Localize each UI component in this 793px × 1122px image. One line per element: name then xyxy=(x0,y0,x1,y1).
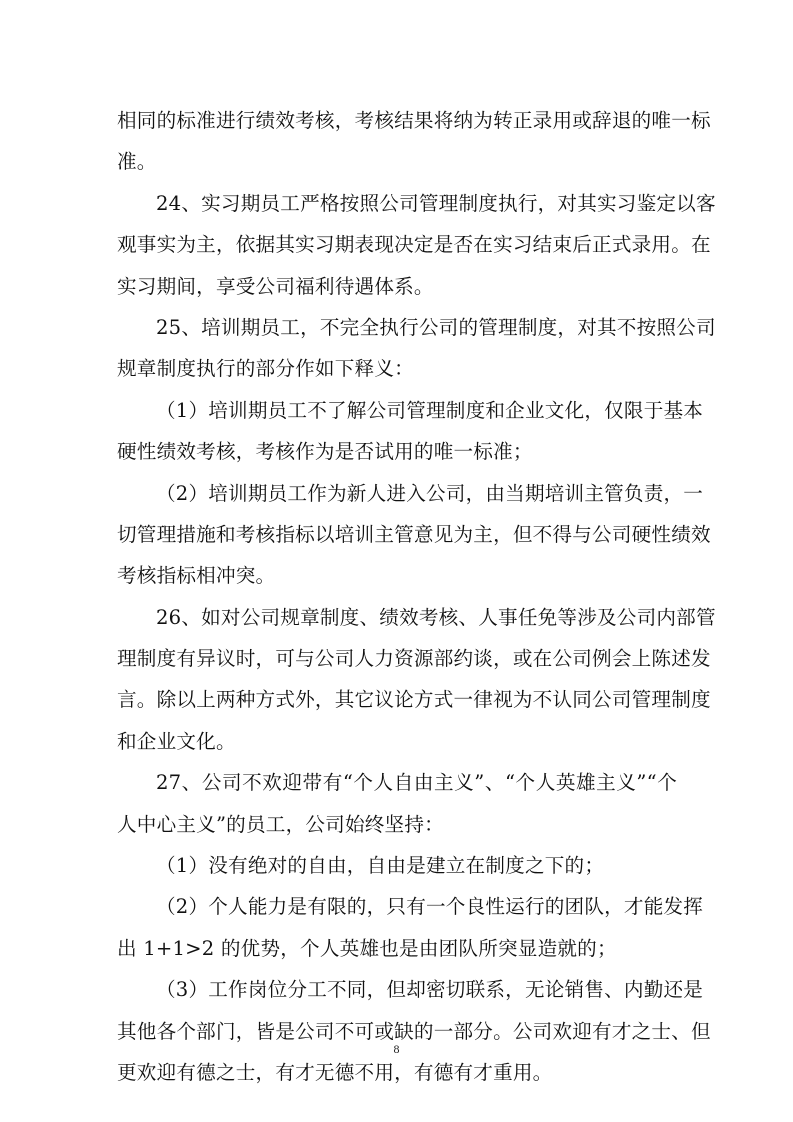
text-line: 切管理措施和考核指标以培训主管意见为主，但不得与公司硬性绩效 xyxy=(117,514,677,555)
text-line: （3）工作岗位分工不同，但却密切联系，无论销售、内勤还是 xyxy=(117,969,677,1010)
text-line: 观事实为主，依据其实习期表现决定是否在实习结束后正式录用。在 xyxy=(117,224,677,265)
text-line: 考核指标相冲突。 xyxy=(117,555,677,596)
text-line: 26、如对公司规章制度、绩效考核、人事任免等涉及公司内部管 xyxy=(117,597,677,638)
text-line: 准。 xyxy=(117,141,677,182)
text-line: （1）培训期员工不了解公司管理制度和企业文化，仅限于基本 xyxy=(117,390,677,431)
document-body: 相同的标准进行绩效考核，考核结果将纳为转正录用或辞退的唯一标准。24、实习期员工… xyxy=(117,100,677,1093)
text-line: 24、实习期员工严格按照公司管理制度执行，对其实习鉴定以客 xyxy=(117,183,677,224)
text-line: 规章制度执行的部分作如下释义： xyxy=(117,348,677,389)
page-number: 8 xyxy=(0,1042,793,1057)
text-line: 27、公司不欢迎带有“个人自由主义”、“个人英雄主义”“个 xyxy=(117,762,677,803)
text-line: 更欢迎有德之士，有才无德不用，有德有才重用。 xyxy=(117,1052,677,1093)
text-line: 言。除以上两种方式外，其它议论方式一律视为不认同公司管理制度 xyxy=(117,679,677,720)
text-line: 硬性绩效考核，考核作为是否试用的唯一标准； xyxy=(117,431,677,472)
text-line: 和企业文化。 xyxy=(117,721,677,762)
text-line: 理制度有异议时，可与公司人力资源部约谈，或在公司例会上陈述发 xyxy=(117,638,677,679)
text-line: （2）个人能力是有限的，只有一个良性运行的团队，才能发挥 xyxy=(117,886,677,927)
text-line: 相同的标准进行绩效考核，考核结果将纳为转正录用或辞退的唯一标 xyxy=(117,100,677,141)
text-line: 人中心主义”的员工，公司始终坚持： xyxy=(117,804,677,845)
text-line: 实习期间，享受公司福利待遇体系。 xyxy=(117,266,677,307)
text-line: （2）培训期员工作为新人进入公司，由当期培训主管负责，一 xyxy=(117,473,677,514)
text-line: （1）没有绝对的自由，自由是建立在制度之下的； xyxy=(117,845,677,886)
document-page: 相同的标准进行绩效考核，考核结果将纳为转正录用或辞退的唯一标准。24、实习期员工… xyxy=(0,0,793,1122)
text-line: 25、培训期员工，不完全执行公司的管理制度，对其不按照公司 xyxy=(117,307,677,348)
text-line: 出 1+1>2 的优势，个人英雄也是由团队所突显造就的； xyxy=(117,928,677,969)
